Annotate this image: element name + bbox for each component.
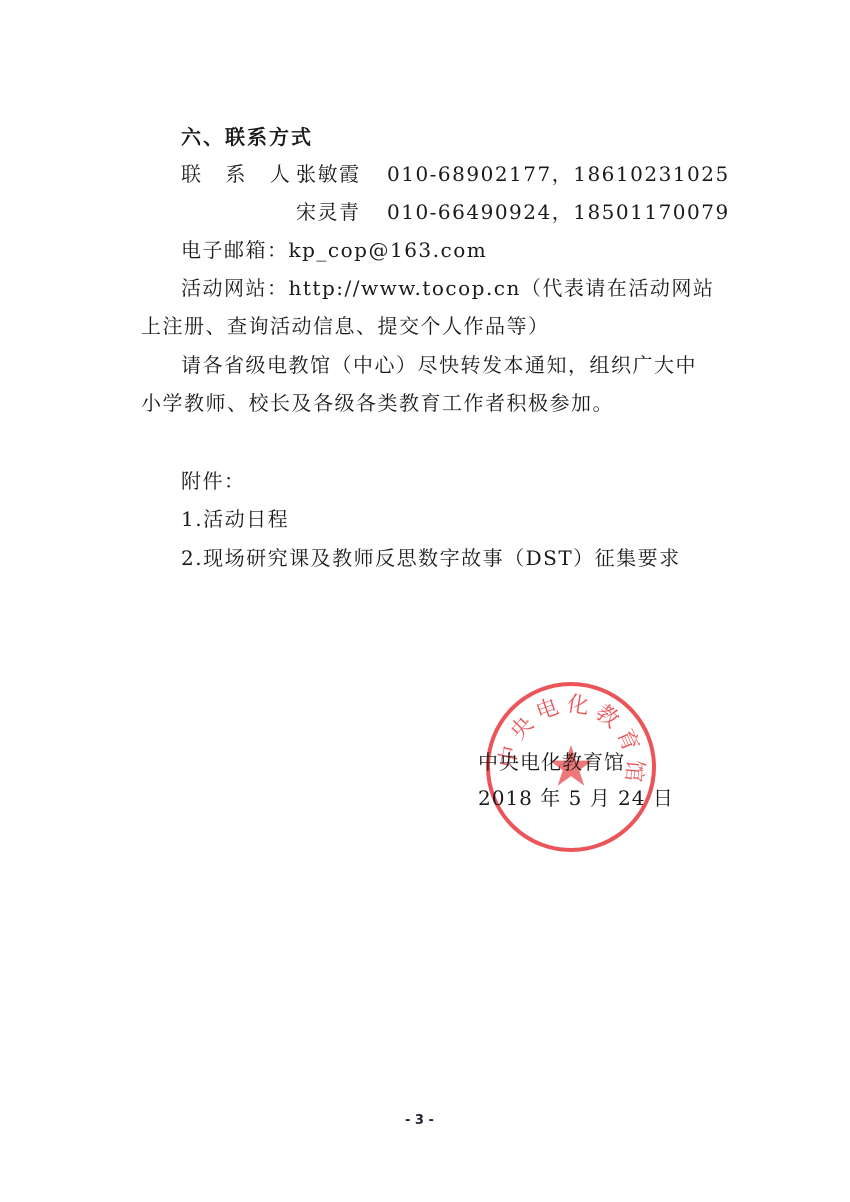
request-paragraph-line-2: 小学教师、校长及各级各类教育工作者积极参加。 <box>141 391 614 415</box>
email-value: kp_cop@163.com <box>289 238 488 262</box>
contact-phones-1: 010-68902177，18610231025 <box>387 162 730 186</box>
signature-date: 2018 年 5 月 24 日 <box>478 786 674 810</box>
attachments-label: 附件： <box>181 469 246 493</box>
attachment-item-2: 2.现场研究课及教师反思数字故事（DST）征集要求 <box>181 546 681 570</box>
website-label: 活动网站： <box>181 276 289 300</box>
page-number: - 3 - <box>405 1113 434 1128</box>
contact-name-1: 张敏霞 <box>296 162 361 186</box>
website-note-continued: 上注册、查询活动信息、提交个人作品等） <box>141 314 550 338</box>
signature-organization: 中央电化教育馆 <box>478 750 625 774</box>
request-paragraph-line-1: 请各省级电教馆（中心）尽快转发本通知，组织广大中 <box>181 353 697 377</box>
website-url: http://www.tocop.cn <box>289 276 521 300</box>
attachment-item-1: 1.活动日程 <box>181 507 289 531</box>
contact-name-2: 宋灵青 <box>296 200 361 224</box>
website-note: （代表请在活动网站 <box>521 276 715 300</box>
email-label: 电子邮箱： <box>181 238 289 262</box>
contact-phones-2: 010-66490924，18501170079 <box>387 200 730 224</box>
section-heading: 六、联系方式 <box>181 125 313 149</box>
